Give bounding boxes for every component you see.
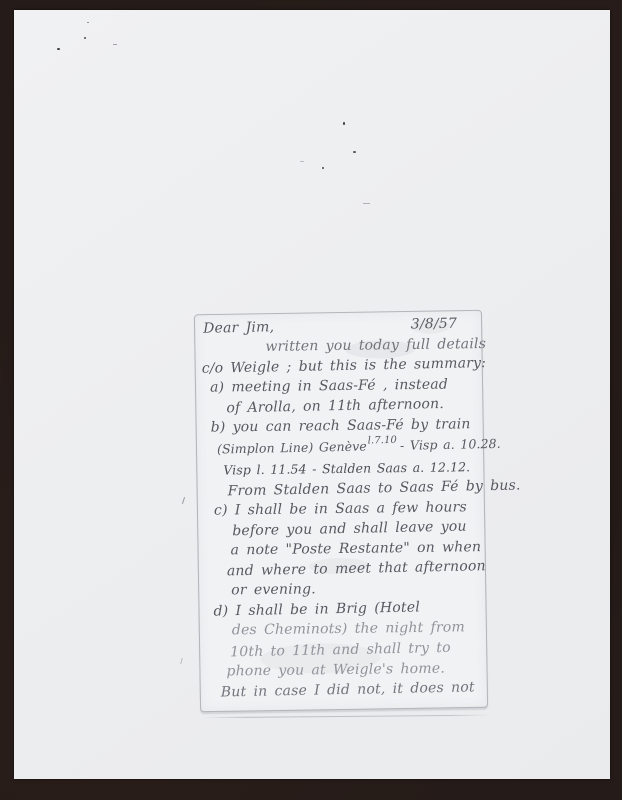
- dust-speck: [322, 167, 324, 169]
- note-date: 3/8/57: [411, 314, 458, 335]
- dust-speck: [113, 44, 117, 45]
- note-line-text: (Simplon Line) Genève: [217, 438, 367, 456]
- note-line-text: - Visp a. 10.28.: [400, 435, 501, 452]
- handwritten-note: Dear Jim, 3/8/57 written you today full …: [194, 310, 488, 712]
- dust-speck: [353, 151, 356, 153]
- note-salutation: Dear Jim,: [203, 317, 275, 339]
- dust-speck: [300, 161, 304, 162]
- pen-tick-mark: [180, 658, 182, 664]
- dust-speck: [363, 203, 370, 204]
- dust-speck: [84, 37, 86, 39]
- dust-speck: [57, 48, 60, 50]
- train-departure-time-superscript: l.7.10: [368, 434, 397, 446]
- pen-tick-mark: [182, 497, 185, 504]
- photo-of-album-page: { "colors": { "mat_background": "#251b18…: [0, 0, 622, 800]
- album-page: Dear Jim, 3/8/57 written you today full …: [14, 10, 610, 779]
- dust-speck: [343, 122, 345, 125]
- dust-speck: [87, 22, 89, 23]
